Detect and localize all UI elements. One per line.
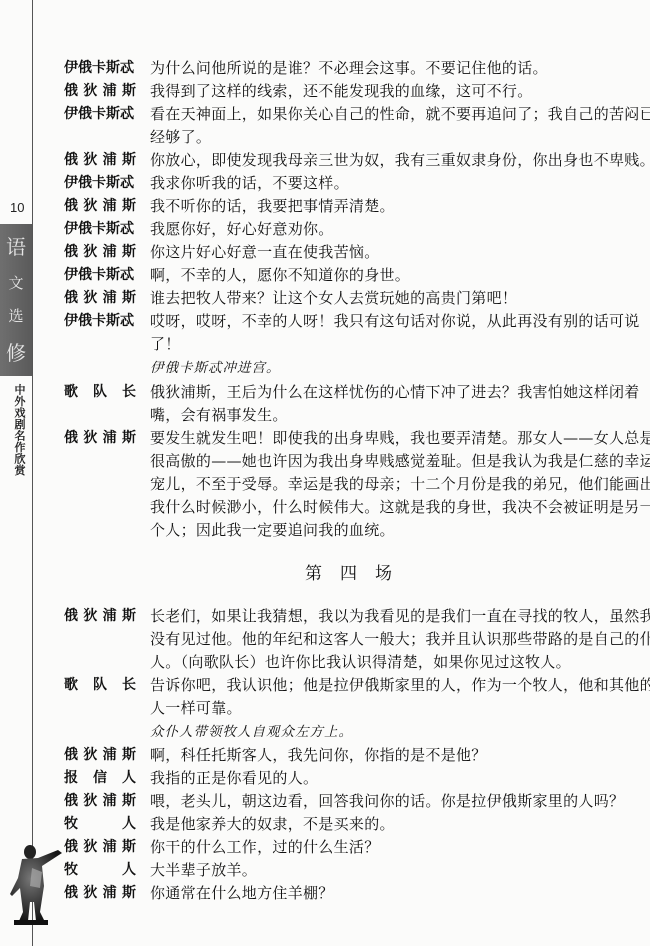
dialogue-row: 伊俄卡斯忒 看在天神面上，如果你关心自己的性命，就不要再追问了；我自己的苦闷已 [0,103,650,125]
dialogue-row: 伊俄卡斯忒 啊，不幸的人，愿你不知道你的身世。 [0,264,650,286]
dialogue-line: 很高傲的——她也许因为我出身卑贱感觉羞耻。但是我认为我是仁慈的幸运 [150,450,650,472]
dialogue-line: 为什么问他所说的是谁？不必理会这事。不要记住他的话。 [150,57,548,79]
dialogue-row: 歌队长 告诉你吧，我认识他；他是拉伊俄斯家里的人，作为一个牧人，他和其他的 [0,674,650,696]
speaker-name: 牧人 [64,859,136,881]
dialogue-line: 了！ [150,333,181,355]
dialogue-line: 喂，老头儿，朝这边看，回答我问你的话。你是拉伊俄斯家里的人吗？ [150,790,624,812]
speaker-name: 俄狄浦斯 [64,605,136,627]
dialogue-line: 长老们，如果让我猜想，我以为我看见的是我们一直在寻找的牧人，虽然我 [150,605,650,627]
dialogue-row: 俄狄浦斯 长老们，如果让我猜想，我以为我看见的是我们一直在寻找的牧人，虽然我 [0,605,650,627]
dialogue-row: 俄狄浦斯 要发生就发生吧！即使我的出身卑贱，我也要弄清楚。那女人——女人总是 [0,427,650,449]
speaker-name: 俄狄浦斯 [64,882,136,904]
dialogue-line: 宠儿，不至于受辱。幸运是我的母亲；十二个月份是我的弟兄，他们能画出 [150,473,650,495]
dialogue-line: 你放心，即使发现我母亲三世为奴，我有三重奴隶身份，你出身也不卑贱。 [150,149,650,171]
speaker-name: 伊俄卡斯忒 [64,310,136,332]
speaker-name: 俄狄浦斯 [64,790,136,812]
dialogue-line: 我求你听我的话，不要这样。 [150,172,349,194]
dialogue-line: 人。（向歌队长）也许你比我认识得清楚，如果你见过这牧人。 [150,651,571,673]
dialogue-line: 俄狄浦斯，王后为什么在这样忧伤的心情下冲了进去？我害怕她这样闭着 [150,381,640,403]
speaker-name: 俄狄浦斯 [64,149,136,171]
stage-direction: 伊俄卡斯忒冲进宫。 [150,357,281,379]
speaker-name: 伊俄卡斯忒 [64,218,136,240]
dialogue-row: 很高傲的——她也许因为我出身卑贱感觉羞耻。但是我认为我是仁慈的幸运 [0,450,650,472]
dialogue-row: 俄狄浦斯 你通常在什么地方住羊棚？ [0,882,650,904]
stage-direction: 众仆人带领牧人自观众左方上。 [150,721,353,743]
speaker-name: 伊俄卡斯忒 [64,57,136,79]
dialogue-line: 我什么时候渺小，什么时候伟大。这就是我的身世，我决不会被证明是另一 [150,496,650,518]
dialogue-row: 伊俄卡斯忒 我愿你好，好心好意劝你。 [0,218,650,240]
speaker-name: 俄狄浦斯 [64,80,136,102]
dialogue-row: 俄狄浦斯 啊，科任托斯客人，我先问你，你指的是不是他？ [0,744,650,766]
dialogue-row: 报信人 我指的正是你看见的人。 [0,767,650,789]
dialogue-row: 俄狄浦斯 你干的什么工作，过的什么生活？ [0,836,650,858]
speaker-name: 牧人 [64,813,136,835]
dialogue-row: 俄狄浦斯 你放心，即使发现我母亲三世为奴，我有三重奴隶身份，你出身也不卑贱。 [0,149,650,171]
dialogue-row: 俄狄浦斯 你这片好心好意一直在使我苦恼。 [0,241,650,263]
dialogue-row: 牧人 大半辈子放羊。 [0,859,650,881]
dialogue-line: 人一样可靠。 [150,697,242,719]
dialogue-line: 嘴，会有祸事发生。 [150,404,288,426]
dialogue-row: 俄狄浦斯 我不听你的话，我要把事情弄清楚。 [0,195,650,217]
stage-direction-row: 众仆人带领牧人自观众左方上。 [0,721,650,743]
dialogue-row: 歌队长 俄狄浦斯，王后为什么在这样忧伤的心情下冲了进去？我害怕她这样闭着 [0,381,650,403]
dialogue-line: 我不听你的话，我要把事情弄清楚。 [150,195,395,217]
dialogue-row: 没有见过他。他的年纪和这客人一般大；我并且认识那些带路的是自己的仆 [0,628,650,650]
dialogue-row: 了！ [0,333,650,355]
dialogue-line: 你这片好心好意一直在使我苦恼。 [150,241,380,263]
speaker-name: 歌队长 [64,674,136,696]
dialogue-line: 告诉你吧，我认识他；他是拉伊俄斯家里的人，作为一个牧人，他和其他的 [150,674,650,696]
dialogue-row: 牧人 我是他家养大的奴隶，不是买来的。 [0,813,650,835]
scene-title: 第四场 [305,559,410,584]
dialogue-row: 经够了。 [0,126,650,148]
dialogue-line: 我指的正是你看见的人。 [150,767,318,789]
speaker-name: 俄狄浦斯 [64,287,136,309]
dialogue-line: 啊，科任托斯客人，我先问你，你指的是不是他？ [150,744,487,766]
speaker-name: 伊俄卡斯忒 [64,264,136,286]
dialogue-line: 哎呀，哎呀，不幸的人呀！我只有这句话对你说，从此再没有别的话可说 [150,310,640,332]
speaker-name: 俄狄浦斯 [64,427,136,449]
speaker-name: 报信人 [64,767,136,789]
speaker-name: 俄狄浦斯 [64,195,136,217]
dialogue-row: 俄狄浦斯 喂，老头儿，朝这边看，回答我问你的话。你是拉伊俄斯家里的人吗？ [0,790,650,812]
dialogue-line: 我得到了这样的线索，还不能发现我的血缘，这可不行。 [150,80,533,102]
dialogue-line: 啊，不幸的人，愿你不知道你的身世。 [150,264,410,286]
speaker-name: 俄狄浦斯 [64,744,136,766]
dialogue-row: 伊俄卡斯忒 我求你听我的话，不要这样。 [0,172,650,194]
dialogue-row: 人一样可靠。 [0,697,650,719]
dialogue-row: 宠儿，不至于受辱。幸运是我的母亲；十二个月份是我的弟兄，他们能画出 [0,473,650,495]
dialogue-line: 你干的什么工作，过的什么生活？ [150,836,380,858]
dialogue-row: 伊俄卡斯忒 为什么问他所说的是谁？不必理会这事。不要记住他的话。 [0,57,650,79]
dialogue-row: 我什么时候渺小，什么时候伟大。这就是我的身世，我决不会被证明是另一 [0,496,650,518]
dialogue-row: 嘴，会有祸事发生。 [0,404,650,426]
dialogue-line: 经够了。 [150,126,211,148]
dialogue-line: 我愿你好，好心好意劝你。 [150,218,334,240]
dialogue-line: 我是他家养大的奴隶，不是买来的。 [150,813,395,835]
dialogue-line: 大半辈子放羊。 [150,859,257,881]
stage-direction-row: 伊俄卡斯忒冲进宫。 [0,357,650,379]
dialogue-line: 谁去把牧人带来？让这个女人去赏玩她的高贵门第吧！ [150,287,517,309]
speaker-name: 伊俄卡斯忒 [64,172,136,194]
dialogue-row: 人。（向歌队长）也许你比我认识得清楚，如果你见过这牧人。 [0,651,650,673]
dialogue-line: 要发生就发生吧！即使我的出身卑贱，我也要弄清楚。那女人——女人总是 [150,427,650,449]
dialogue-line: 没有见过他。他的年纪和这客人一般大；我并且认识那些带路的是自己的仆 [150,628,650,650]
speaker-name: 歌队长 [64,381,136,403]
dialogue-line: 你通常在什么地方住羊棚？ [150,882,334,904]
dialogue-row: 俄狄浦斯 谁去把牧人带来？让这个女人去赏玩她的高贵门第吧！ [0,287,650,309]
dialogue-line: 个人；因此我一定要追问我的血统。 [150,519,395,541]
dialogue-row: 个人；因此我一定要追问我的血统。 [0,519,650,541]
speaker-name: 俄狄浦斯 [64,241,136,263]
speaker-name: 俄狄浦斯 [64,836,136,858]
dialogue-row: 伊俄卡斯忒 哎呀，哎呀，不幸的人呀！我只有这句话对你说，从此再没有别的话可说 [0,310,650,332]
dialogue-line: 看在天神面上，如果你关心自己的性命，就不要再追问了；我自己的苦闷已 [150,103,650,125]
speaker-name: 伊俄卡斯忒 [64,103,136,125]
dialogue-row: 俄狄浦斯 我得到了这样的线索，还不能发现我的血缘，这可不行。 [0,80,650,102]
